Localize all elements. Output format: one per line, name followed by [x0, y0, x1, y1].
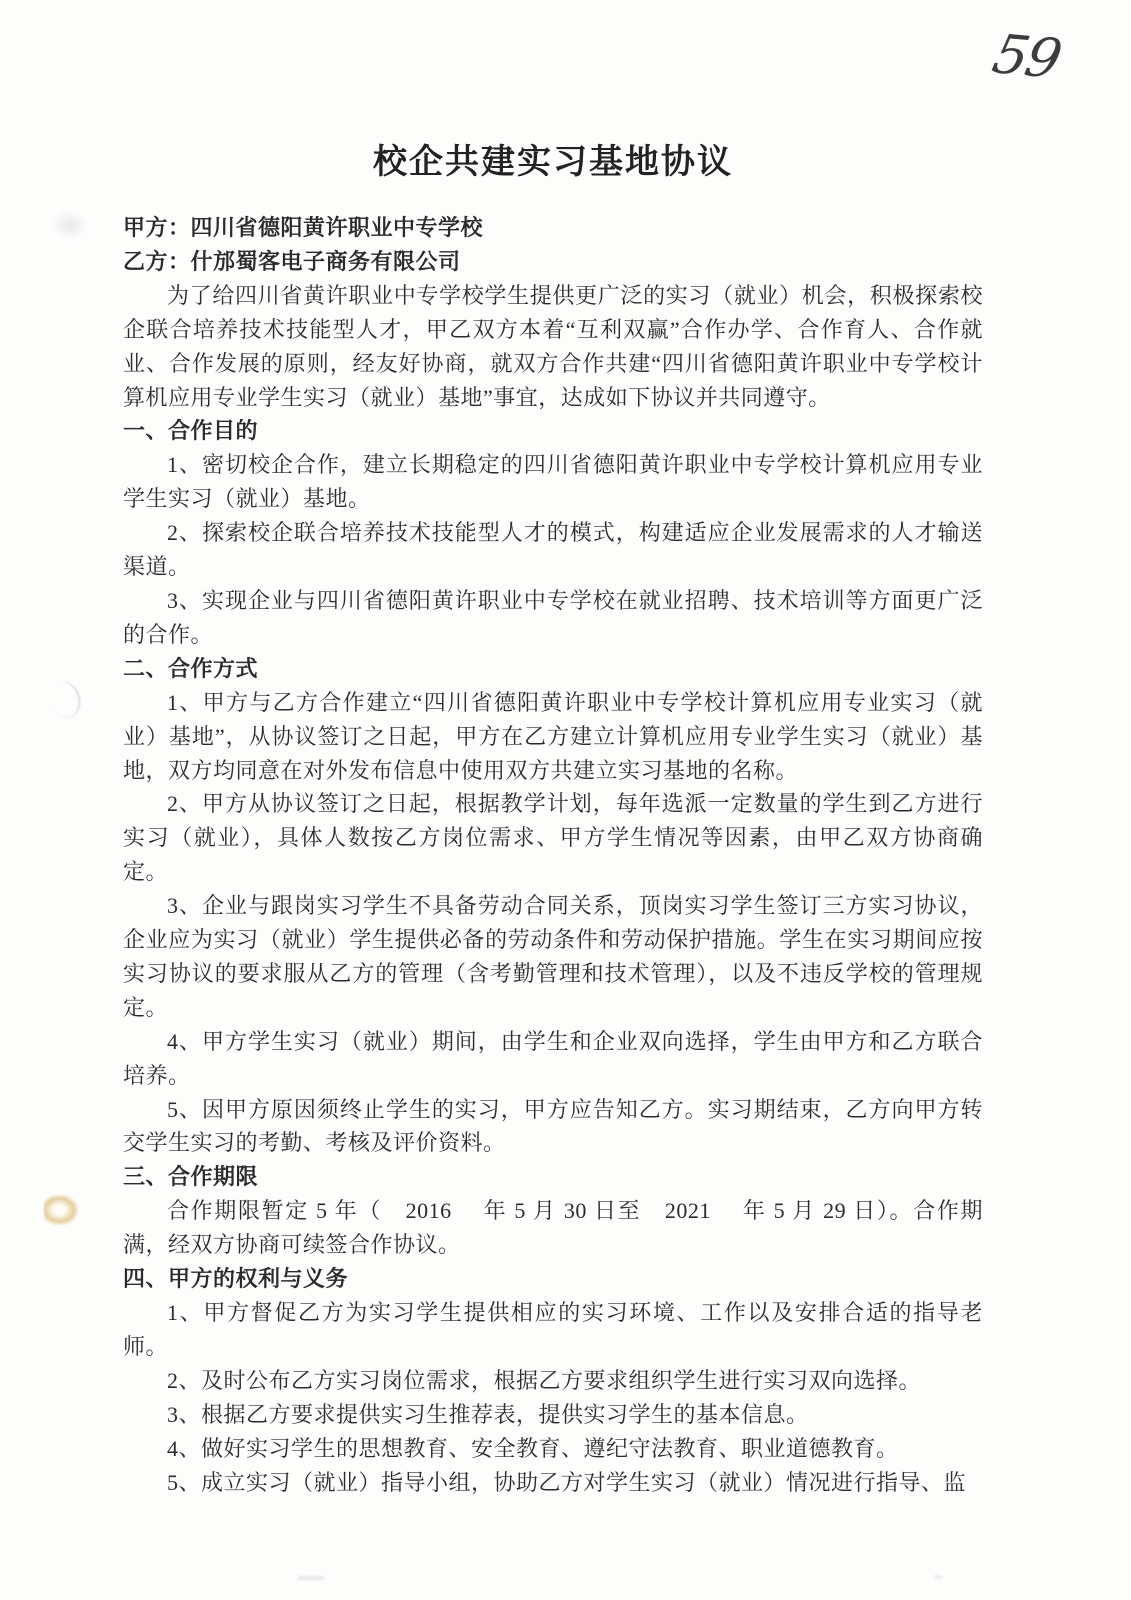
- preamble-paragraph: 为了给四川省黄许职业中专学校学生提供更广泛的实习（就业）机会，积极探索校企联合培…: [123, 279, 983, 415]
- section-3-item-1: 合作期限暂定 5 年（ 2016 年 5 月 30 日至 2021 年 5 月 …: [123, 1194, 983, 1262]
- section-1-item-1: 1、密切校企合作，建立长期稳定的四川省德阳黄许职业中专学校计算机应用专业学生实习…: [123, 448, 983, 516]
- document-title: 校企共建实习基地协议: [123, 134, 983, 183]
- scan-smudge-top: [52, 210, 88, 240]
- party-b-label: 乙方：: [123, 249, 191, 274]
- section-heading-4: 四、甲方的权利与义务: [123, 1262, 983, 1296]
- section-2-item-2: 2、甲方从协议签订之日起，根据教学计划，每年选派一定数量的学生到乙方进行实习（就…: [123, 787, 983, 889]
- section-4-item-5: 5、成立实习（就业）指导小组，协助乙方对学生实习（就业）情况进行指导、监: [123, 1466, 983, 1500]
- party-a-label: 甲方：: [123, 215, 191, 240]
- scanned-document-page: 59 校企共建实习基地协议 甲方：四川省德阳黄许职业中专学校 乙方：什邡蜀客电子…: [0, 0, 1131, 1600]
- section-heading-1: 一、合作目的: [123, 414, 983, 448]
- section-4-item-4: 4、做好实习学生的思想教育、安全教育、遵纪守法教育、职业道德教育。: [123, 1432, 983, 1466]
- section-heading-2: 二、合作方式: [123, 652, 983, 686]
- section-2-item-4: 4、甲方学生实习（就业）期间，由学生和企业双向选择，学生由甲方和乙方联合培养。: [123, 1025, 983, 1093]
- section-4-item-2: 2、及时公布乙方实习岗位需求，根据乙方要求组织学生进行实习双向选择。: [123, 1364, 983, 1398]
- section-heading-3: 三、合作期限: [123, 1160, 983, 1194]
- section-2-item-1: 1、甲方与乙方合作建立“四川省德阳黄许职业中专学校计算机应用专业实习（就业）基地…: [123, 686, 983, 788]
- section-1-item-2: 2、探索校企联合培养技术技能型人才的模式，构建适应企业发展需求的人才输送渠道。: [123, 516, 983, 584]
- scan-stain: [44, 1195, 78, 1225]
- section-2-item-3: 3、企业与跟岗实习学生不具备劳动合同关系，顶岗实习学生签订三方实习协议，企业应为…: [123, 889, 983, 1025]
- scan-speck-left: [298, 1576, 324, 1580]
- section-4-item-1: 1、甲方督促乙方为实习学生提供相应的实习环境、工作以及安排合适的指导老师。: [123, 1296, 983, 1364]
- party-b-line: 乙方：什邡蜀客电子商务有限公司: [123, 245, 983, 279]
- document-body: 甲方：四川省德阳黄许职业中专学校 乙方：什邡蜀客电子商务有限公司 为了给四川省黄…: [123, 211, 983, 1499]
- section-4-item-3: 3、根据乙方要求提供实习生推荐表，提供实习学生的基本信息。: [123, 1398, 983, 1432]
- section-2-item-5: 5、因甲方原因须终止学生的实习，甲方应告知乙方。实习期结束，乙方向甲方转交学生实…: [123, 1093, 983, 1161]
- party-a-line: 甲方：四川省德阳黄许职业中专学校: [123, 211, 983, 245]
- party-a-name: 四川省德阳黄许职业中专学校: [191, 215, 484, 240]
- section-1-item-3: 3、实现企业与四川省德阳黄许职业中专学校在就业招聘、技术培训等方面更广泛的合作。: [123, 584, 983, 652]
- scan-speck-right: [934, 1575, 942, 1579]
- handwritten-page-number: 59: [988, 28, 1065, 87]
- scan-smudge-middle: [45, 677, 85, 721]
- party-b-name: 什邡蜀客电子商务有限公司: [191, 249, 461, 274]
